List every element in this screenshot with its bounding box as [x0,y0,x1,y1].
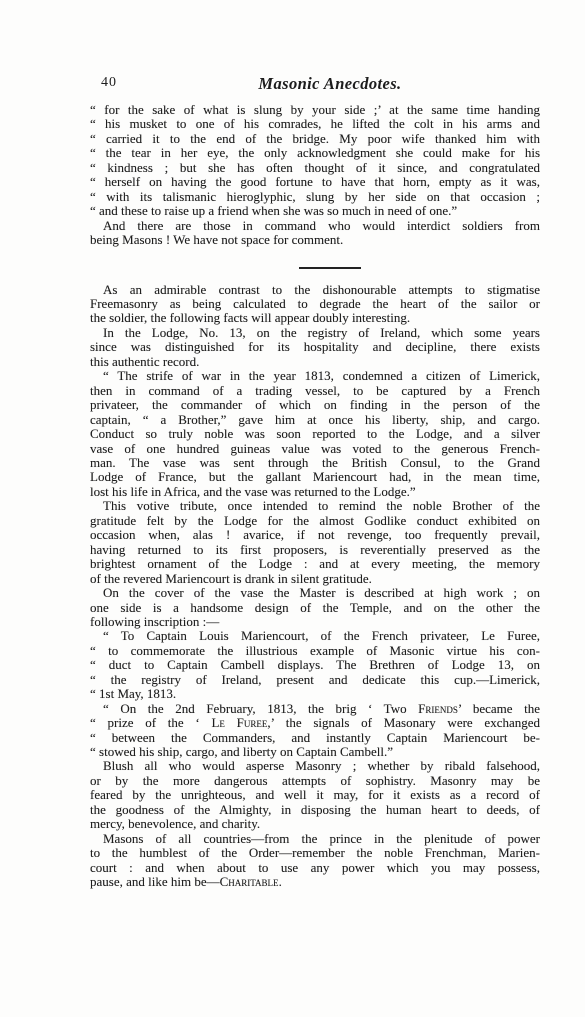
text-line: “ 1st May, 1813. [90,687,540,701]
text-line: Freemasonry as being calculated to degra… [90,297,540,311]
text-line: mercy, benevolence, and charity. [90,817,540,831]
text-line: occasion when, alas ! avarice, if not re… [90,528,540,542]
text-line: the soldier, the following facts will ap… [90,311,540,325]
small-caps-text: Charitable [220,874,279,889]
text-line: pause, and like him be—Charitable. [90,875,540,889]
text-line: “ to commemorate the illustrious example… [90,644,540,658]
text-line: “ The strife of war in the year 1813, co… [90,369,540,383]
text-line: this authentic record. [90,355,540,369]
text-line: “ carried it to the end of the bridge. M… [90,132,540,146]
text-line: Blush all who would asperse Masonry ; wh… [90,759,540,773]
small-caps-text: Le Furee [211,715,267,730]
text-line: brightest ornament of the Lodge : and at… [90,557,540,571]
text-line: “ the registry of Ireland, present and d… [90,673,540,687]
text-line: “ the tear in her eye, the only acknowle… [90,146,540,160]
book-page: 40 Masonic Anecdotes. “ for the sake of … [0,0,585,1017]
page-content: “ for the sake of what is slung by your … [90,103,540,890]
text-line: since was distinguished for its hospital… [90,340,540,354]
small-caps-text: Friends [418,701,458,716]
text-line: “ for the sake of what is slung by your … [90,103,540,117]
section-divider-rule [299,267,361,269]
text-line: the goodness of the Almighty, in disposi… [90,803,540,817]
text-line: On the cover of the vase the Master is d… [90,586,540,600]
text-line: being Masons ! We have not space for com… [90,233,540,247]
text-line: or by the more dangerous attempts of sop… [90,774,540,788]
text-line: “ duct to Captain Cambell displays. The … [90,658,540,672]
text-line: “ stowed his ship, cargo, and liberty on… [90,745,540,759]
text-line: following inscription :— [90,615,540,629]
text-line: “ with its talismanic hieroglyphic, slun… [90,190,540,204]
text-line: And there are those in command who would… [90,219,540,233]
text-line: Conduct so truly noble was soon reported… [90,427,540,441]
text-line: “ To Captain Louis Mariencourt, of the F… [90,629,540,643]
running-title: Masonic Anecdotes. [105,74,555,94]
running-header: 40 Masonic Anecdotes. [90,74,540,94]
text-line: man. The vase was sent through the Briti… [90,456,540,470]
text-line: Lodge of France, but the gallant Marienc… [90,470,540,484]
text-line: “ On the 2nd February, 1813, the brig ‘ … [90,702,540,716]
text-line: “ and these to raise up a friend when sh… [90,204,540,218]
text-line: one side is a handsome design of the Tem… [90,601,540,615]
text-line: having returned to its first proposers, … [90,543,540,557]
text-line: “ herself on having the good fortune to … [90,175,540,189]
text-line: captain, “ a Brother,” gave him at once … [90,413,540,427]
text-line: then in command of a trading vessel, to … [90,384,540,398]
text-line: Masons of all countries—from the prince … [90,832,540,846]
text-line: feared by the unrighteous, and well it m… [90,788,540,802]
text-line: This votive tribute, once intended to re… [90,499,540,513]
text-line: “ kindness ; but she has often thought o… [90,161,540,175]
text-line: privateer, the commander of which on fin… [90,398,540,412]
text-line: “ his musket to one of his comrades, he … [90,117,540,131]
text-line: As an admirable contrast to the dishonou… [90,283,540,297]
text-line: vase of one hundred guineas value was vo… [90,442,540,456]
text-line: “ prize of the ‘ Le Furee,’ the signals … [90,716,540,730]
text-line: lost his life in Africa, and the vase wa… [90,485,540,499]
text-line: court : and when about to use any power … [90,861,540,875]
text-line: to the humblest of the Order—remember th… [90,846,540,860]
text-line: of the revered Mariencourt is drank in s… [90,572,540,586]
text-line: gratitude felt by the Lodge for the almo… [90,514,540,528]
text-line: “ between the Commanders, and instantly … [90,731,540,745]
text-line: In the Lodge, No. 13, on the registry of… [90,326,540,340]
